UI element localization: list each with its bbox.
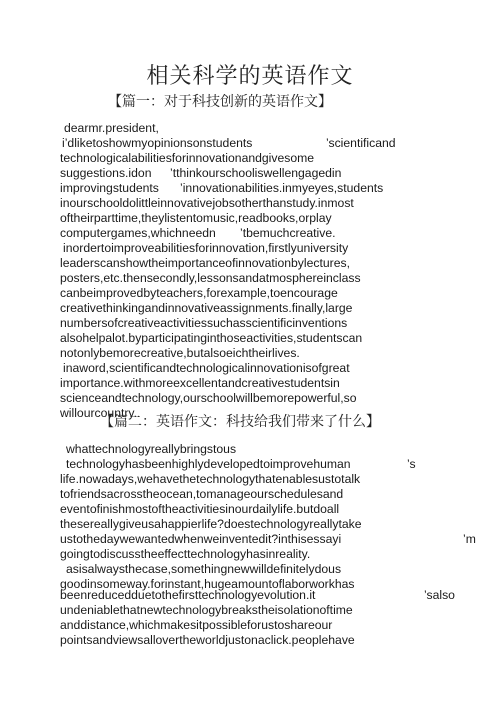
text-line: canbeimprovedbyteachers,forexample,toenc… [60,286,338,301]
text-line: ’scientificand [326,136,396,151]
text-line: creativethinkingandinnovativeassignments… [60,301,352,316]
section-heading-2: 【篇二：英语作文：科技给我们带来了什么】 [100,413,380,431]
document-title: 相关科学的英语作文 [0,63,500,91]
text-line: scienceandtechnology,ourschoolwillbemore… [60,391,357,406]
text-line: ’s [407,457,416,472]
text-line: notonlybemorecreative,butalsoeichtheirli… [60,346,300,361]
text-line: suggestions.idon [60,166,151,181]
text-line: ustothedaywewantedwhenweinventedit?inthi… [60,532,341,547]
text-line: importance.withmoreexcellentandcreatives… [60,376,340,391]
text-line: anddistance,whichmakesitpossibleforustos… [60,618,332,633]
text-line: eventofinishmostoftheactivitiesinourdail… [60,502,339,517]
text-line: asisalwaysthecase,somethingnewwilldefini… [66,562,341,577]
text-line: computergames,whichneedn [60,226,216,241]
text-line: ’innovationabilities.inmyeyes,students [180,181,383,196]
text-line: pointsandviewsallovertheworldjustonaclic… [60,633,355,648]
text-line: ’tthinkourschooliswellengagedin [170,166,341,181]
text-line: undeniablethatnewtechnologybreakstheisol… [60,603,353,618]
text-line: dearmr.president, [64,121,159,136]
section-heading-1: 【篇一：对于科技创新的英语作文】 [108,93,332,111]
text-line: technologicalabilitiesforinnovationandgi… [60,151,314,166]
text-line: improvingstudents [60,181,159,196]
text-line: beenreducedduetothefirsttechnologyevolut… [60,588,315,603]
text-line: i’dliketoshowmyopinionsonstudents [62,136,252,151]
text-line: ’tbemuchcreative. [240,226,336,241]
text-line: ’m [463,532,476,547]
text-line: inordertoimproveabilitiesforinnovation,f… [63,241,348,256]
text-line: inaword,scientificandtechnologicalinnova… [63,361,350,376]
text-line: inourschooldolittleinnovativejobsotherth… [60,196,354,211]
text-line: posters,etc.thensecondly,lessonsandatmos… [60,271,361,286]
text-line: thesereallygiveusahappierlife?doestechno… [60,517,362,532]
text-line: whattechnologyreallybringstous [66,442,236,457]
text-line: ’salso [424,588,455,603]
text-line: goingtodiscusstheeffecttechnologyhasinre… [60,547,310,562]
text-line: numbersofcreativeactivitiessuchasscienti… [60,316,347,331]
text-line: life.nowadays,wehavethetechnologythatena… [60,472,360,487]
text-line: leaderscanshowtheimportanceofinnovationb… [60,256,350,271]
text-line: tofriendsacrosstheocean,tomanageoursched… [60,487,343,502]
text-line: oftheirparttime,theylistentomusic,readbo… [60,211,332,226]
text-line: technologyhasbeenhighlydevelopedtoimprov… [66,457,351,472]
text-line: alsohelpalot.byparticipatinginthoseactiv… [60,331,362,346]
